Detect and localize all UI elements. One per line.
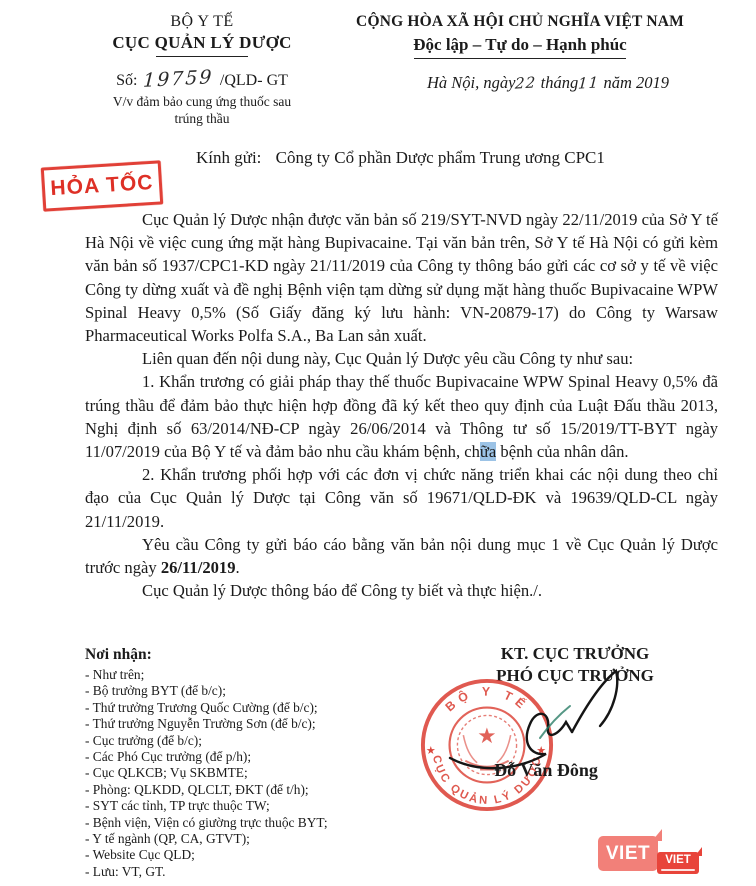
national-motto-block: CỘNG HÒA XÃ HỘI CHỦ NGHĨA VIỆT NAM Độc l… — [332, 12, 708, 94]
watermark-tagline-bar — [661, 869, 695, 871]
paragraph-3-post: bệnh của nhân dân. — [496, 442, 628, 461]
watermark-logo-small: VIET — [657, 852, 699, 874]
place-date-line: Hà Nội, ngày22 tháng11 năm 2019 — [388, 72, 708, 94]
recipient-item: - Bộ trưởng BYT (để b/c); — [85, 683, 425, 699]
recipient-item: - Y tế ngành (QP, CA, GTVT); — [85, 831, 425, 847]
date-suffix: năm 2019 — [603, 73, 669, 92]
recipient-item: - Website Cục QLD; — [85, 847, 425, 863]
handwritten-number: 19759 — [141, 66, 217, 94]
subject-line: V/v đảm bảo cung ứng thuốc sau trúng thầ… — [72, 94, 332, 128]
recipient-item: - Phòng: QLKDD, QLCLT, ĐKT (để t/h); — [85, 782, 425, 798]
paragraph-5-post: . — [236, 558, 240, 577]
urgency-stamp: HỎA TỐC — [41, 160, 163, 211]
recipient-item: - SYT các tỉnh, TP trực thuộc TW; — [85, 798, 425, 814]
recipient-item: - Cục trưởng (để b/c); — [85, 733, 425, 749]
document-number-line: Số: 19759 /QLD- GT — [72, 68, 332, 92]
document-body: Cục Quản lý Dược nhận được văn bản số 21… — [85, 208, 718, 602]
handwritten-month: 11 — [578, 74, 600, 95]
paragraph-3: 1. Khẩn trương có giải pháp thay thế thu… — [85, 370, 718, 463]
subject-text-2: trúng thầu — [174, 111, 229, 126]
recipient-item: - Thứ trưởng Nguyễn Trường Sơn (để b/c); — [85, 716, 425, 732]
paragraph-6: Cục Quản lý Dược thông báo để Công ty bi… — [85, 579, 718, 602]
recipient-item: - Cục QLKCB; Vụ SKBMTE; — [85, 765, 425, 781]
signer-title-1: KT. CỤC TRƯỞNG — [430, 643, 720, 665]
number-label: Số: — [116, 72, 137, 89]
subject-label: V/v — [113, 94, 133, 109]
recipient-label: Kính gửi: — [196, 148, 261, 167]
recipient-item: - Thứ trưởng Trương Quốc Cường (để b/c); — [85, 700, 425, 716]
watermark-small-label: VIET — [665, 855, 691, 867]
parent-org-name: BỘ Y TẾ — [72, 12, 332, 32]
signer-name: Đỗ Văn Đông — [446, 760, 646, 781]
subject-text-1: đảm bảo cung ứng thuốc sau — [136, 94, 291, 109]
seal-star-left-icon: ★ — [426, 745, 436, 757]
recipient-item: - Lưu: VT, GT. — [85, 864, 425, 880]
paragraph-2: Liên quan đến nội dung này, Cục Quản lý … — [85, 347, 718, 370]
text-selection-highlight: ữa — [480, 442, 496, 461]
recipients-title: Nơi nhận: — [85, 646, 425, 664]
date-prefix: Hà Nội, ngày — [427, 73, 515, 92]
deadline-date: 26/11/2019 — [161, 558, 236, 577]
org-underline — [156, 56, 248, 57]
recipient-item: - Các Phó Cục trưởng (để p/h); — [85, 749, 425, 765]
motto-underline — [414, 58, 626, 59]
handwritten-day: 22 — [515, 74, 537, 95]
paragraph-5: Yêu cầu Công ty gửi báo cáo bằng văn bản… — [85, 533, 718, 579]
issuing-agency-block: BỘ Y TẾ CỤC QUẢN LÝ DƯỢC Số: 19759 /QLD-… — [72, 12, 332, 128]
recipient-item: - Như trên; — [85, 667, 425, 683]
recipient-value: Công ty Cổ phần Dược phẩm Trung ương CPC… — [276, 148, 605, 167]
date-mid: tháng — [541, 73, 579, 92]
recipients-block: Nơi nhận: - Như trên;- Bộ trưởng BYT (để… — [85, 646, 425, 880]
national-title: CỘNG HÒA XÃ HỘI CHỦ NGHĨA VIỆT NAM — [332, 12, 708, 32]
recipients-list: - Như trên;- Bộ trưởng BYT (để b/c);- Th… — [85, 667, 425, 880]
paragraph-1: Cục Quản lý Dược nhận được văn bản số 21… — [85, 208, 718, 347]
official-document-page: BỘ Y TẾ CỤC QUẢN LÝ DƯỢC Số: 19759 /QLD-… — [0, 0, 756, 886]
recipient-line: Kính gửi: Công ty Cổ phần Dược phẩm Trun… — [196, 148, 605, 168]
recipient-item: - Bệnh viện, Viện có giường trực thuộc B… — [85, 815, 425, 831]
national-motto: Độc lập – Tự do – Hạnh phúc — [332, 34, 708, 56]
paragraph-4: 2. Khẩn trương phối hợp với các đơn vị c… — [85, 463, 718, 533]
org-name: CỤC QUẢN LÝ DƯỢC — [72, 32, 332, 53]
watermark-logo-large: VIET — [598, 836, 658, 871]
number-suffix: /QLD- GT — [220, 72, 288, 89]
